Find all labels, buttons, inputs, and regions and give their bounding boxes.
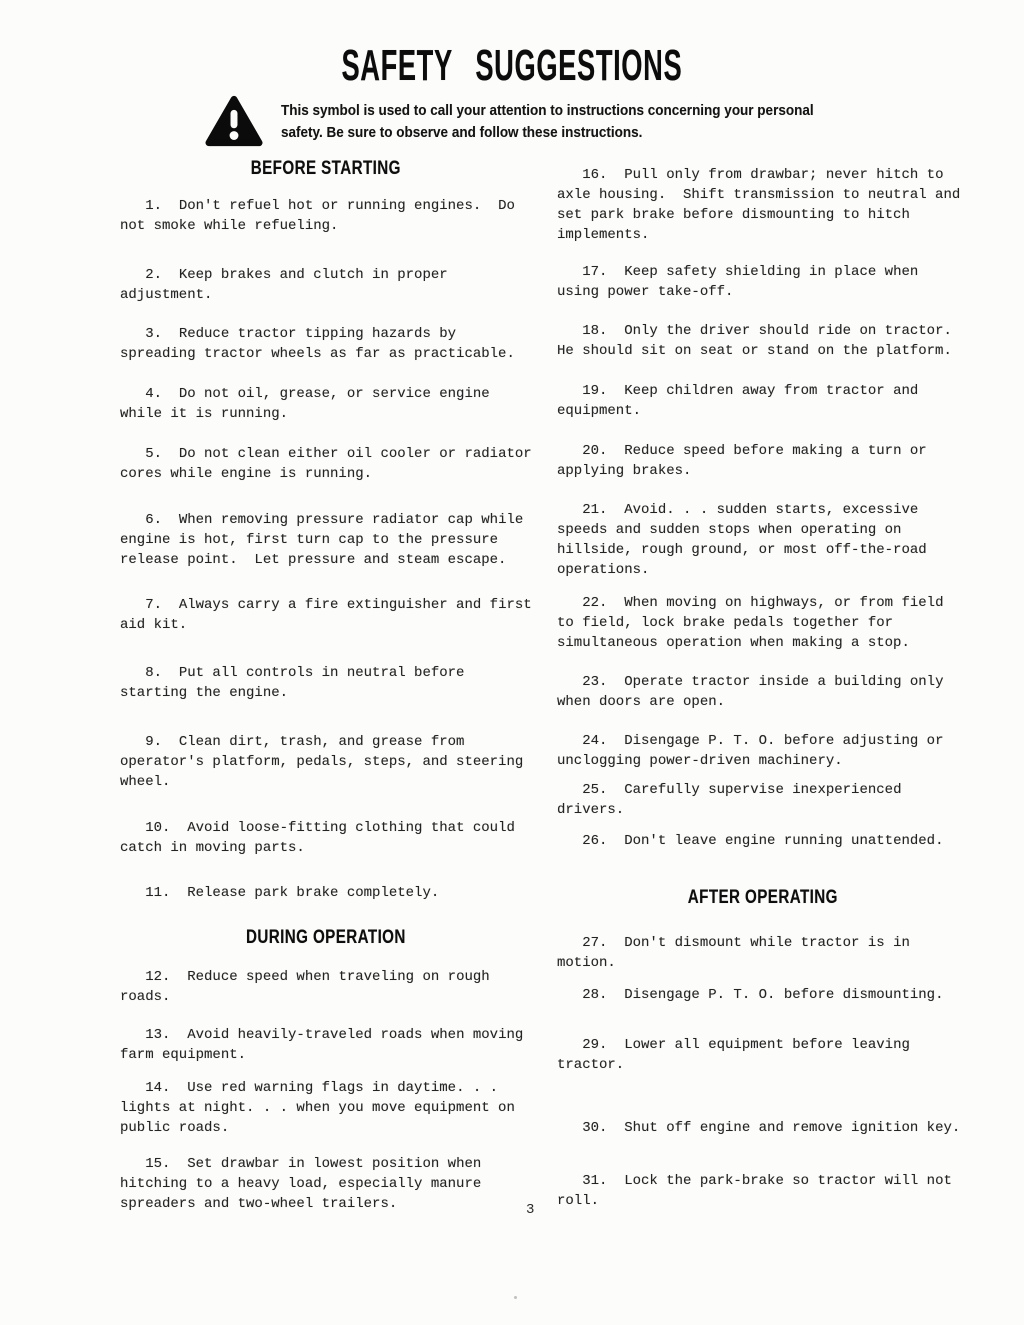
intro-line-1: This symbol is used to call your attenti… [281,102,814,119]
item-number: 24. [582,733,607,749]
safety-item-12: 12.Reduce speed when traveling on rough … [120,967,532,1007]
item-text: Reduce tractor tipping hazards by spread… [120,326,515,362]
item-number: 26. [582,833,607,849]
item-text: Operate tractor inside a building only w… [557,674,952,710]
safety-item-11: 11.Release park brake completely. [120,883,532,903]
item-text: Put all controls in neutral before start… [120,665,473,701]
item-text: Only the driver should ride on tractor. … [557,323,969,359]
item-number: 7. [145,597,162,613]
intro-text: This symbol is used to call your attenti… [281,100,875,144]
item-text: Lock the park-brake so tractor will not … [557,1173,960,1209]
safety-item-7: 7.Always carry a fire extinguisher and f… [120,595,532,635]
item-number: 12. [145,969,170,985]
item-text: Disengage P. T. O. before dismounting. [624,987,943,1003]
safety-item-27: 27.Don't dismount while tractor is in mo… [557,933,969,973]
item-text: Avoid heavily-traveled roads when moving… [120,1027,532,1063]
item-text: Avoid. . . sudden starts, excessive spee… [557,502,935,578]
safety-item-10: 10.Avoid loose-fitting clothing that cou… [120,818,532,858]
item-text: Do not clean either oil cooler or radiat… [120,446,540,482]
item-text: Clean dirt, trash, and grease from opera… [120,734,532,790]
safety-item-13: 13.Avoid heavily-traveled roads when mov… [120,1025,532,1065]
item-number: 9. [145,734,162,750]
item-number: 4. [145,386,162,402]
item-text: Avoid loose-fitting clothing that could … [120,820,523,856]
item-text: Keep children away from tractor and equi… [557,383,927,419]
safety-item-6: 6.When removing pressure radiator cap wh… [120,510,532,570]
item-text: Don't leave engine running unattended. [624,833,943,849]
intro-line-2: safety. Be sure to observe and follow th… [281,124,642,141]
safety-item-20: 20.Reduce speed before making a turn or … [557,441,969,481]
safety-item-24: 24.Disengage P. T. O. before adjusting o… [557,731,969,771]
item-number: 3. [145,326,162,342]
item-number: 17. [582,264,607,280]
item-number: 13. [145,1027,170,1043]
safety-item-28: 28.Disengage P. T. O. before dismounting… [557,985,969,1005]
item-number: 16. [582,167,607,183]
section-heading-after-operating: AFTER OPERATING [557,888,969,908]
item-number: 25. [582,782,607,798]
item-number: 8. [145,665,162,681]
item-text: Reduce speed before making a turn or app… [557,443,935,479]
item-text: Do not oil, grease, or service engine wh… [120,386,498,422]
safety-item-31: 31.Lock the park-brake so tractor will n… [557,1171,969,1211]
item-number: 10. [145,820,170,836]
item-text: Set drawbar in lowest position when hitc… [120,1156,490,1212]
item-number: 30. [582,1120,607,1136]
section-heading-during-operation: DURING OPERATION [120,928,532,948]
safety-item-16: 16.Pull only from drawbar; never hitch t… [557,165,969,245]
item-text: Shut off engine and remove ignition key. [624,1120,960,1136]
safety-item-9: 9.Clean dirt, trash, and grease from ope… [120,732,532,792]
item-text: Pull only from drawbar; never hitch to a… [557,167,969,243]
safety-item-1: 1.Don't refuel hot or running engines. D… [120,196,532,236]
item-text: When moving on highways, or from field t… [557,595,952,651]
item-number: 22. [582,595,607,611]
safety-item-8: 8.Put all controls in neutral before sta… [120,663,532,703]
item-text: Lower all equipment before leaving tract… [557,1037,918,1073]
item-number: 18. [582,323,607,339]
safety-item-30: 30.Shut off engine and remove ignition k… [557,1118,969,1138]
safety-item-29: 29.Lower all equipment before leaving tr… [557,1035,969,1075]
safety-item-19: 19.Keep children away from tractor and e… [557,381,969,421]
page-title: SAFETY SUGGESTIONS [342,44,683,88]
page-number: 3 [526,1202,534,1218]
item-text: Don't refuel hot or running engines. Do … [120,198,523,234]
safety-item-26: 26.Don't leave engine running unattended… [557,831,969,851]
item-number: 1. [145,198,162,214]
item-number: 14. [145,1080,170,1096]
item-number: 2. [145,267,162,283]
item-text: Use red warning flags in daytime. . . li… [120,1080,523,1136]
item-number: 6. [145,512,162,528]
left-column: BEFORE STARTING1.Don't refuel hot or run… [120,159,532,1214]
item-text: Release park brake completely. [187,885,439,901]
item-text: When removing pressure radiator cap whil… [120,512,532,568]
section-heading-text: AFTER OPERATING [688,888,838,908]
warning-triangle-icon [205,95,263,148]
item-number: 28. [582,987,607,1003]
item-number: 27. [582,935,607,951]
safety-item-4: 4.Do not oil, grease, or service engine … [120,384,532,424]
safety-item-21: 21.Avoid. . . sudden starts, excessive s… [557,500,969,580]
section-heading-text: DURING OPERATION [246,928,406,948]
safety-item-15: 15.Set drawbar in lowest position when h… [120,1154,532,1214]
item-number: 21. [582,502,607,518]
section-heading-before-starting: BEFORE STARTING [120,159,532,179]
item-number: 19. [582,383,607,399]
item-number: 20. [582,443,607,459]
item-text: Don't dismount while tractor is in motio… [557,935,918,971]
safety-item-17: 17.Keep safety shielding in place when u… [557,262,969,302]
scan-artifact-dot [514,1296,517,1299]
safety-item-2: 2.Keep brakes and clutch in proper adjus… [120,265,532,305]
item-text: Disengage P. T. O. before adjusting or u… [557,733,952,769]
item-number: 29. [582,1037,607,1053]
item-text: Carefully supervise inexperienced driver… [557,782,910,818]
item-number: 31. [582,1173,607,1189]
item-text: Always carry a fire extinguisher and fir… [120,597,540,633]
item-number: 5. [145,446,162,462]
item-number: 15. [145,1156,170,1172]
item-text: Keep safety shielding in place when usin… [557,264,927,300]
item-text: Keep brakes and clutch in proper adjustm… [120,267,456,303]
right-column: 16.Pull only from drawbar; never hitch t… [557,165,969,1211]
document-page: SAFETY SUGGESTIONS This symbol is used t… [0,0,1024,1325]
section-heading-text: BEFORE STARTING [251,159,401,179]
item-number: 11. [145,885,170,901]
safety-item-14: 14.Use red warning flags in daytime. . .… [120,1078,532,1138]
item-number: 23. [582,674,607,690]
safety-item-22: 22.When moving on highways, or from fiel… [557,593,969,653]
safety-item-5: 5.Do not clean either oil cooler or radi… [120,444,532,484]
safety-item-25: 25.Carefully supervise inexperienced dri… [557,780,969,820]
safety-item-23: 23.Operate tractor inside a building onl… [557,672,969,712]
safety-item-3: 3.Reduce tractor tipping hazards by spre… [120,324,532,364]
page-title-row: SAFETY SUGGESTIONS [0,44,1024,88]
safety-item-18: 18.Only the driver should ride on tracto… [557,321,969,361]
item-text: Reduce speed when traveling on rough roa… [120,969,498,1005]
